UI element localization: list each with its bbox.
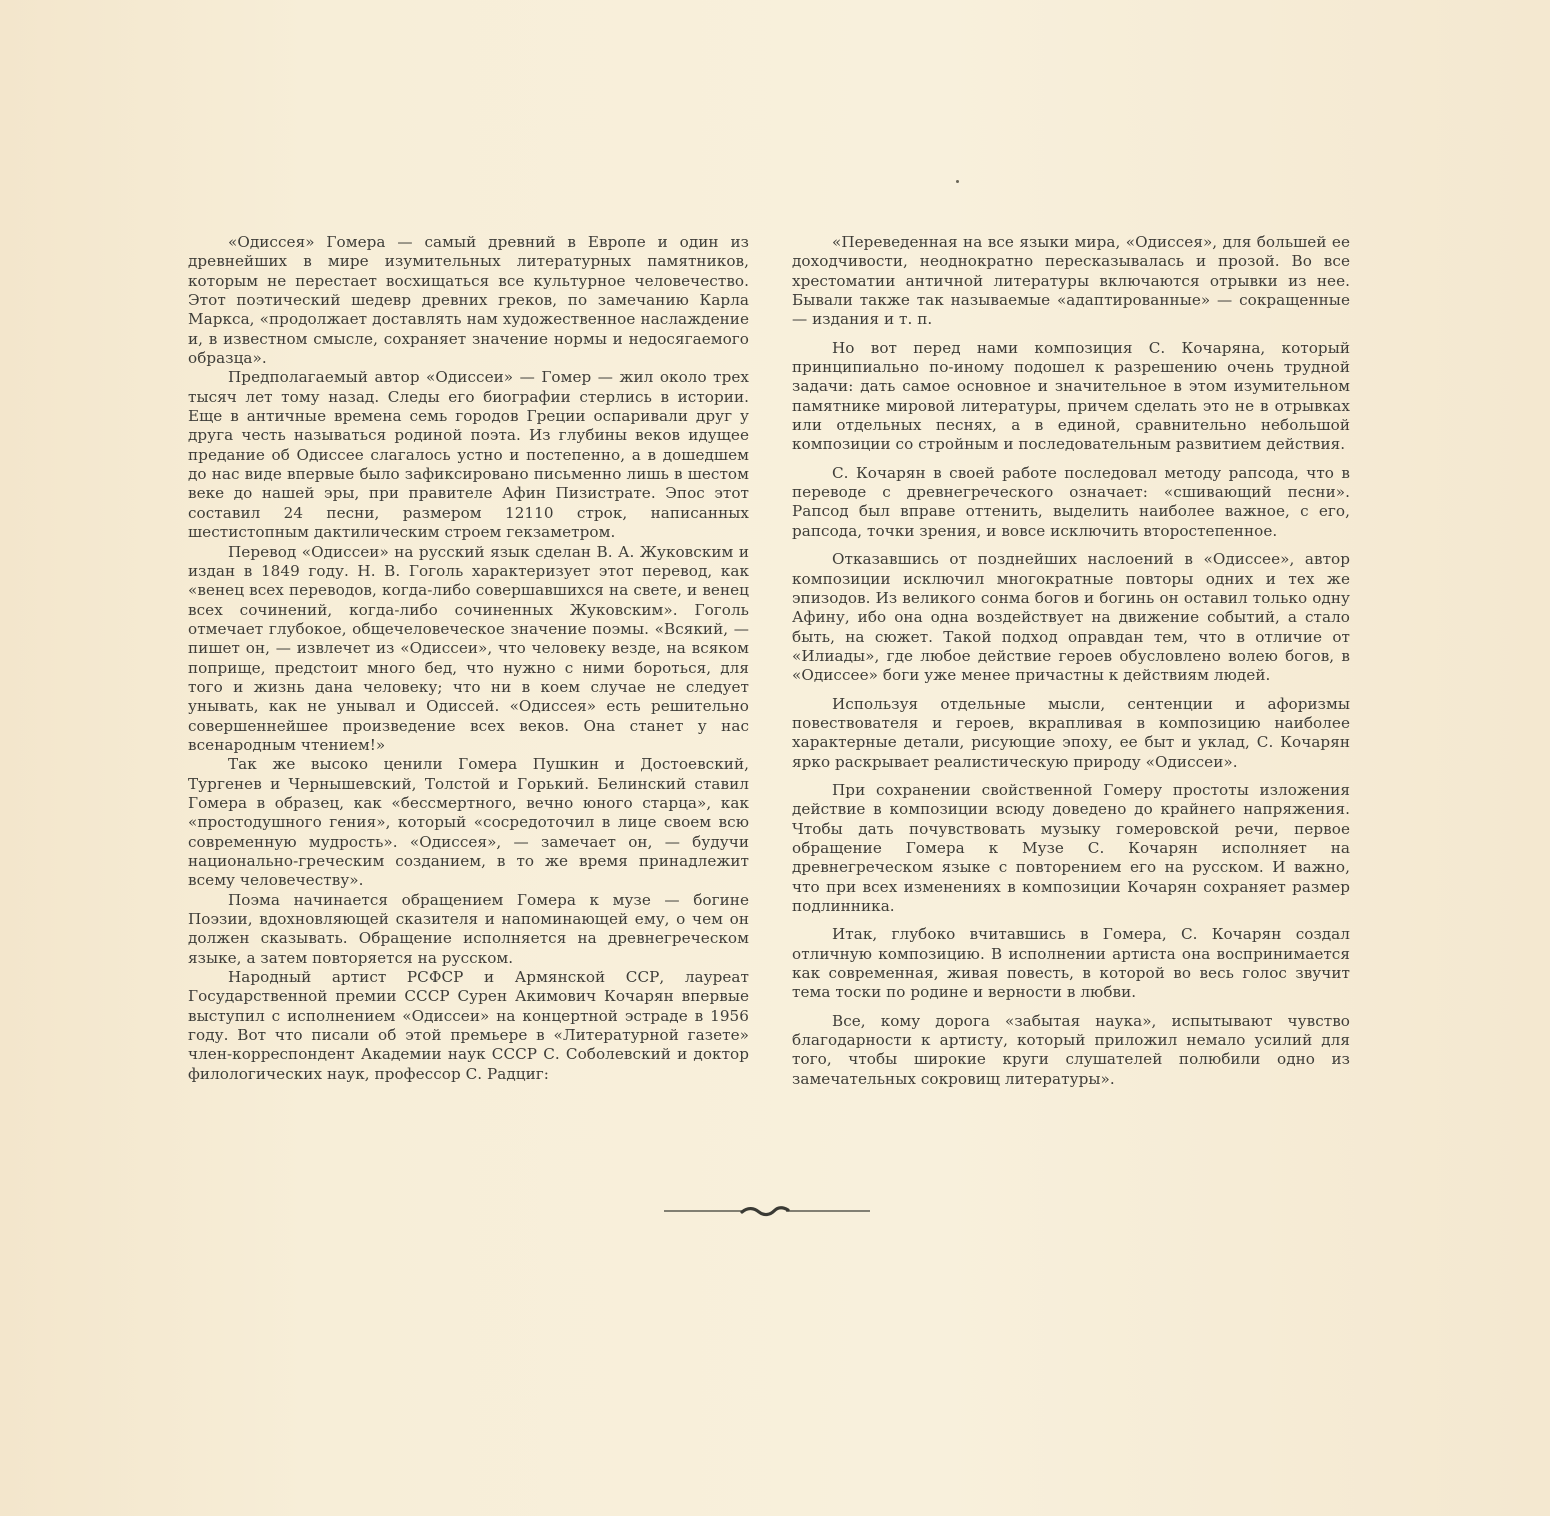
paragraph: «Одиссея» Гомера — самый древний в Европ…	[188, 233, 749, 368]
paragraph: Все, кому дорога «забытая наука», испыты…	[792, 1012, 1350, 1089]
paragraph: Итак, глубоко вчитавшись в Гомера, С. Ко…	[792, 925, 1350, 1002]
right-column: «Переведенная на все языки мира, «Одиссе…	[792, 233, 1350, 1098]
left-column: «Одиссея» Гомера — самый древний в Европ…	[188, 233, 749, 1084]
paragraph: При сохранении свойственной Гомеру прост…	[792, 781, 1350, 916]
paragraph: Поэма начинается обращением Гомера к муз…	[188, 891, 749, 968]
paragraph: С. Кочарян в своей работе последовал мет…	[792, 464, 1350, 541]
paragraph: Так же высоко ценили Гомера Пушкин и Дос…	[188, 755, 749, 890]
paper-speck	[956, 180, 959, 183]
paragraph: Перевод «Одиссеи» на русский язык сделан…	[188, 543, 749, 756]
paragraph: Предполагаемый автор «Одиссеи» — Гомер —…	[188, 368, 749, 542]
paragraph: Отказавшись от позднейших наслоений в «О…	[792, 550, 1350, 685]
paragraph: Но вот перед нами композиция С. Кочаряна…	[792, 339, 1350, 455]
paragraph: Используя отдельные мысли, сентенции и а…	[792, 695, 1350, 772]
paragraph: Народный артист РСФСР и Армянской ССР, л…	[188, 968, 749, 1084]
paragraph: «Переведенная на все языки мира, «Одиссе…	[792, 233, 1350, 330]
wavy-rule-ornament-icon	[664, 1202, 870, 1220]
